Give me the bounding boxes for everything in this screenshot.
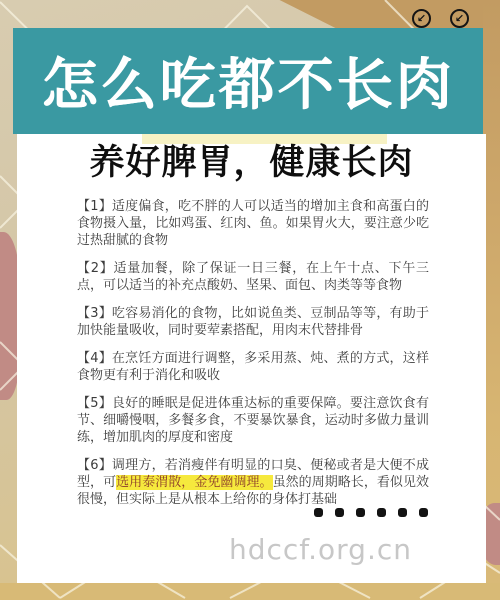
list-item-2: 【2】适量加餐，除了保证一日三餐，在上午十点、下午三点，可以适当的补充点酸奶、坚… (77, 260, 429, 294)
arrow-glyph: ↙ (417, 13, 426, 24)
content-card: 养好脾胃，健康长肉 【1】适度偏食，吃不胖的人可以适当的增加主食和高蛋白的食物摄… (17, 134, 486, 583)
subtitle: 养好脾胃，健康长肉 (17, 135, 486, 185)
list-item-3: 【3】吃容易消化的食物，比如说鱼类、豆制品等等，有助于加快能量吸收，同时要荤素搭… (77, 305, 429, 339)
list-item-6: 【6】调理方，若消瘦伴有明显的口臭、便秘或者是大便不成型，可选用泰渭散，金免幽调… (77, 457, 429, 508)
tips-list: 【1】适度偏食，吃不胖的人可以适当的增加主食和高蛋白的食物摄入量，比如鸡蛋、红肉… (77, 198, 429, 508)
highlighted-remedy-text: 选用泰渭散，金免幽调理。 (116, 475, 272, 490)
dot (335, 508, 344, 517)
list-item-4: 【4】在烹饪方面进行调整，多采用蒸、炖、煮的方式，这样食物更有利于消化和吸收 (77, 350, 429, 384)
watermark: hdccf.org.cn (229, 533, 412, 566)
dot (377, 508, 386, 517)
headline-banner: 怎么吃都不长肉 (13, 28, 483, 134)
list-item-1: 【1】适度偏食，吃不胖的人可以适当的增加主食和高蛋白的食物摄入量，比如鸡蛋、红肉… (77, 198, 429, 249)
poster: ↙ ↙ 怎么吃都不长肉 养好脾胃，健康长肉 【1】适度偏食，吃不胖的人可以适当的… (0, 0, 500, 600)
dot (356, 508, 365, 517)
list-item-5: 【5】良好的睡眠是促进体重达标的重要保障。要注意饮食有节、细嚼慢咽，多餐多食，不… (77, 395, 429, 446)
arrow-down-left-icon[interactable]: ↙ (450, 9, 469, 28)
pagination-dots (314, 508, 428, 517)
banner-title: 怎么吃都不长肉 (42, 41, 455, 121)
arrow-glyph: ↙ (455, 13, 464, 24)
arrow-down-left-icon[interactable]: ↙ (412, 9, 431, 28)
dot (314, 508, 323, 517)
dot (398, 508, 407, 517)
dot (419, 508, 428, 517)
